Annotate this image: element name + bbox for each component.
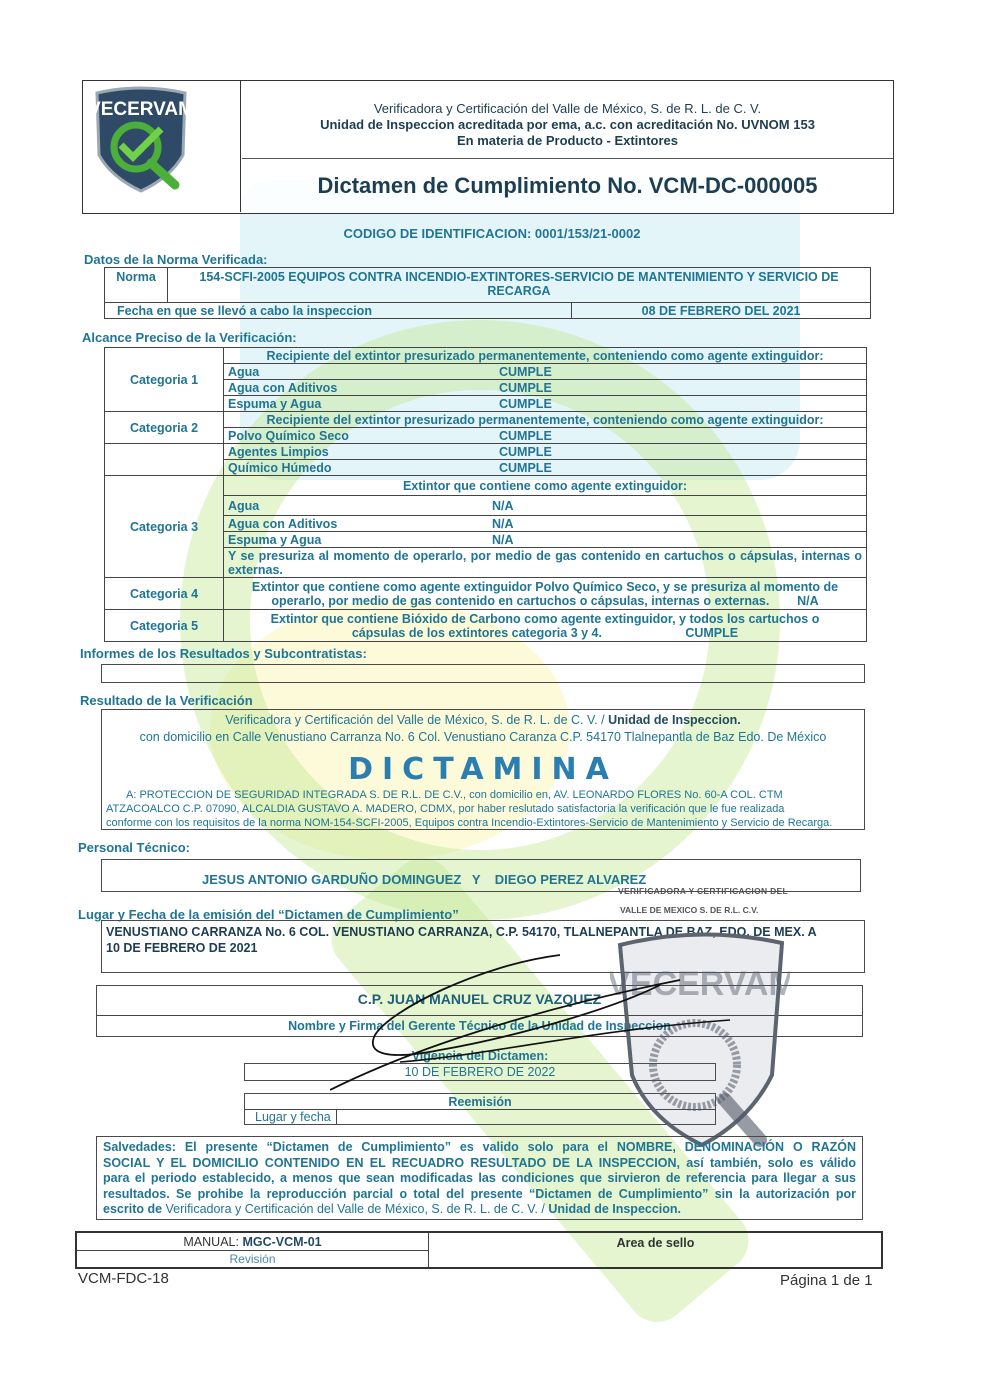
signature-scribble-icon [330, 950, 750, 1100]
inspection-date-value: 08 DE FEBRERO DEL 2021 [572, 303, 871, 319]
result-value: N/A [797, 594, 819, 608]
svg-text:VECERVAM: VECERVAM [91, 99, 191, 120]
informes-field [101, 664, 865, 683]
norma-table: Norma 154-SCFI-2005 EQUIPOS CONTRA INCEN… [104, 267, 871, 319]
stamp-text-line1: VERIFICADORA Y CERTIFICACION DEL [618, 886, 788, 896]
result-value: CUMPLE [499, 429, 552, 443]
cat5-description: Extintor que contiene Bióxido de Carbono… [224, 610, 867, 642]
result-value: N/A [492, 533, 514, 547]
personal-names: JESUS ANTONIO GARDUÑO DOMINGUEZ Y DIEGO … [202, 872, 646, 887]
inspection-date-label: Fecha en que se llevó a cabo la inspecci… [105, 303, 572, 319]
cat1-row: AguaCUMPLE [224, 364, 867, 380]
dictamina-heading: DICTAMINA [102, 754, 864, 786]
categoria-3-label: Categoria 3 [105, 476, 224, 578]
empty-cell [105, 444, 224, 476]
resultado-address: con domicilio en Calle Venustiano Carran… [102, 730, 864, 744]
result-value: CUMPLE [685, 626, 738, 640]
alcance-section-label: Alcance Preciso de la Verificación: [82, 330, 297, 345]
cat1-row: Agua con AditivosCUMPLE [224, 380, 867, 396]
result-value: CUMPLE [499, 381, 552, 395]
categoria-1-label: Categoria 1 [105, 348, 224, 412]
stamp-text-line2: VALLE DE MEXICO S. DE R.L. C.V. [620, 905, 758, 915]
categoria-4-label: Categoria 4 [105, 578, 224, 610]
result-value: CUMPLE [499, 397, 552, 411]
logo-cell: VECERVAM [83, 81, 241, 212]
page-number: Página 1 de 1 [780, 1272, 873, 1289]
lugar-fecha-label: Lugar y fecha [245, 1110, 337, 1124]
alcance-table: Categoria 1 Recipiente del extintor pres… [104, 347, 867, 642]
personal-section-label: Personal Técnico: [78, 840, 190, 855]
form-code: VCM-FDC-18 [78, 1270, 169, 1287]
cat1-row: Espuma y AguaCUMPLE [224, 396, 867, 412]
scope-text: En materia de Producto - Extintores [242, 133, 893, 149]
cat2-row: Polvo Químico SecoCUMPLE [224, 428, 867, 444]
company-info: Verificadora y Certificación del Valle d… [242, 81, 893, 159]
footer-table: MANUAL: MGC-VCM-01 Revisión Area de sell… [75, 1231, 883, 1269]
resultado-body: A: PROTECCION DE SEGURIDAD INTEGRADA S. … [102, 788, 864, 830]
document-title: Dictamen de Cumplimiento No. VCM-DC-0000… [242, 159, 893, 212]
norma-label: Norma [105, 268, 168, 303]
resultado-company: Verificadora y Certificación del Valle d… [102, 713, 864, 727]
result-value: N/A [492, 499, 514, 513]
categoria-5-label: Categoria 5 [105, 610, 224, 642]
salvedades-box: Salvedades: El presente “Dictamen de Cum… [96, 1136, 863, 1220]
identification-code: CODIGO DE IDENTIFICACION: 0001/153/21-00… [0, 226, 984, 241]
resultado-section-label: Resultado de la Verificación [80, 693, 253, 708]
cat3-header: Extintor que contiene como agente exting… [224, 476, 867, 496]
norma-section-label: Datos de la Norma Verificada: [84, 252, 268, 267]
resultado-box: Verificadora y Certificación del Valle d… [101, 709, 865, 830]
result-value: CUMPLE [499, 365, 552, 379]
sello-cell: Area de sello [430, 1233, 881, 1267]
cat2-row: Agentes LimpiosCUMPLE [224, 444, 867, 460]
manual-cell: MANUAL: MGC-VCM-01 [77, 1233, 429, 1251]
company-name: Verificadora y Certificación del Valle d… [242, 101, 893, 117]
document-header: VECERVAM Verificadora y Certificación de… [82, 80, 894, 214]
cat3-note: Y se presuriza al momento de operarlo, p… [224, 548, 867, 578]
cat3-row: Espuma y AguaN/A [224, 532, 867, 548]
cat2-header: Recipiente del extintor presurizado perm… [224, 412, 867, 428]
cat2-row: Químico HúmedoCUMPLE [224, 460, 867, 476]
norma-value: 154-SCFI-2005 EQUIPOS CONTRA INCENDIO-EX… [168, 268, 871, 303]
revision-cell: Revisión [77, 1251, 429, 1267]
informes-section-label: Informes de los Resultados y Subcontrati… [80, 646, 367, 661]
result-value: N/A [492, 517, 514, 531]
result-value: CUMPLE [499, 445, 552, 459]
vecervam-logo-icon: VECERVAM [91, 85, 191, 193]
cat3-row: Agua con AditivosN/A [224, 516, 867, 532]
accreditation-text: Unidad de Inspeccion acreditada por ema,… [242, 117, 893, 133]
categoria-2-label: Categoria 2 [105, 412, 224, 444]
result-value: CUMPLE [499, 461, 552, 475]
cat1-header: Recipiente del extintor presurizado perm… [224, 348, 867, 364]
cat4-description: Extintor que contiene como agente exting… [224, 578, 867, 610]
cat3-row: AguaN/A [224, 496, 867, 516]
